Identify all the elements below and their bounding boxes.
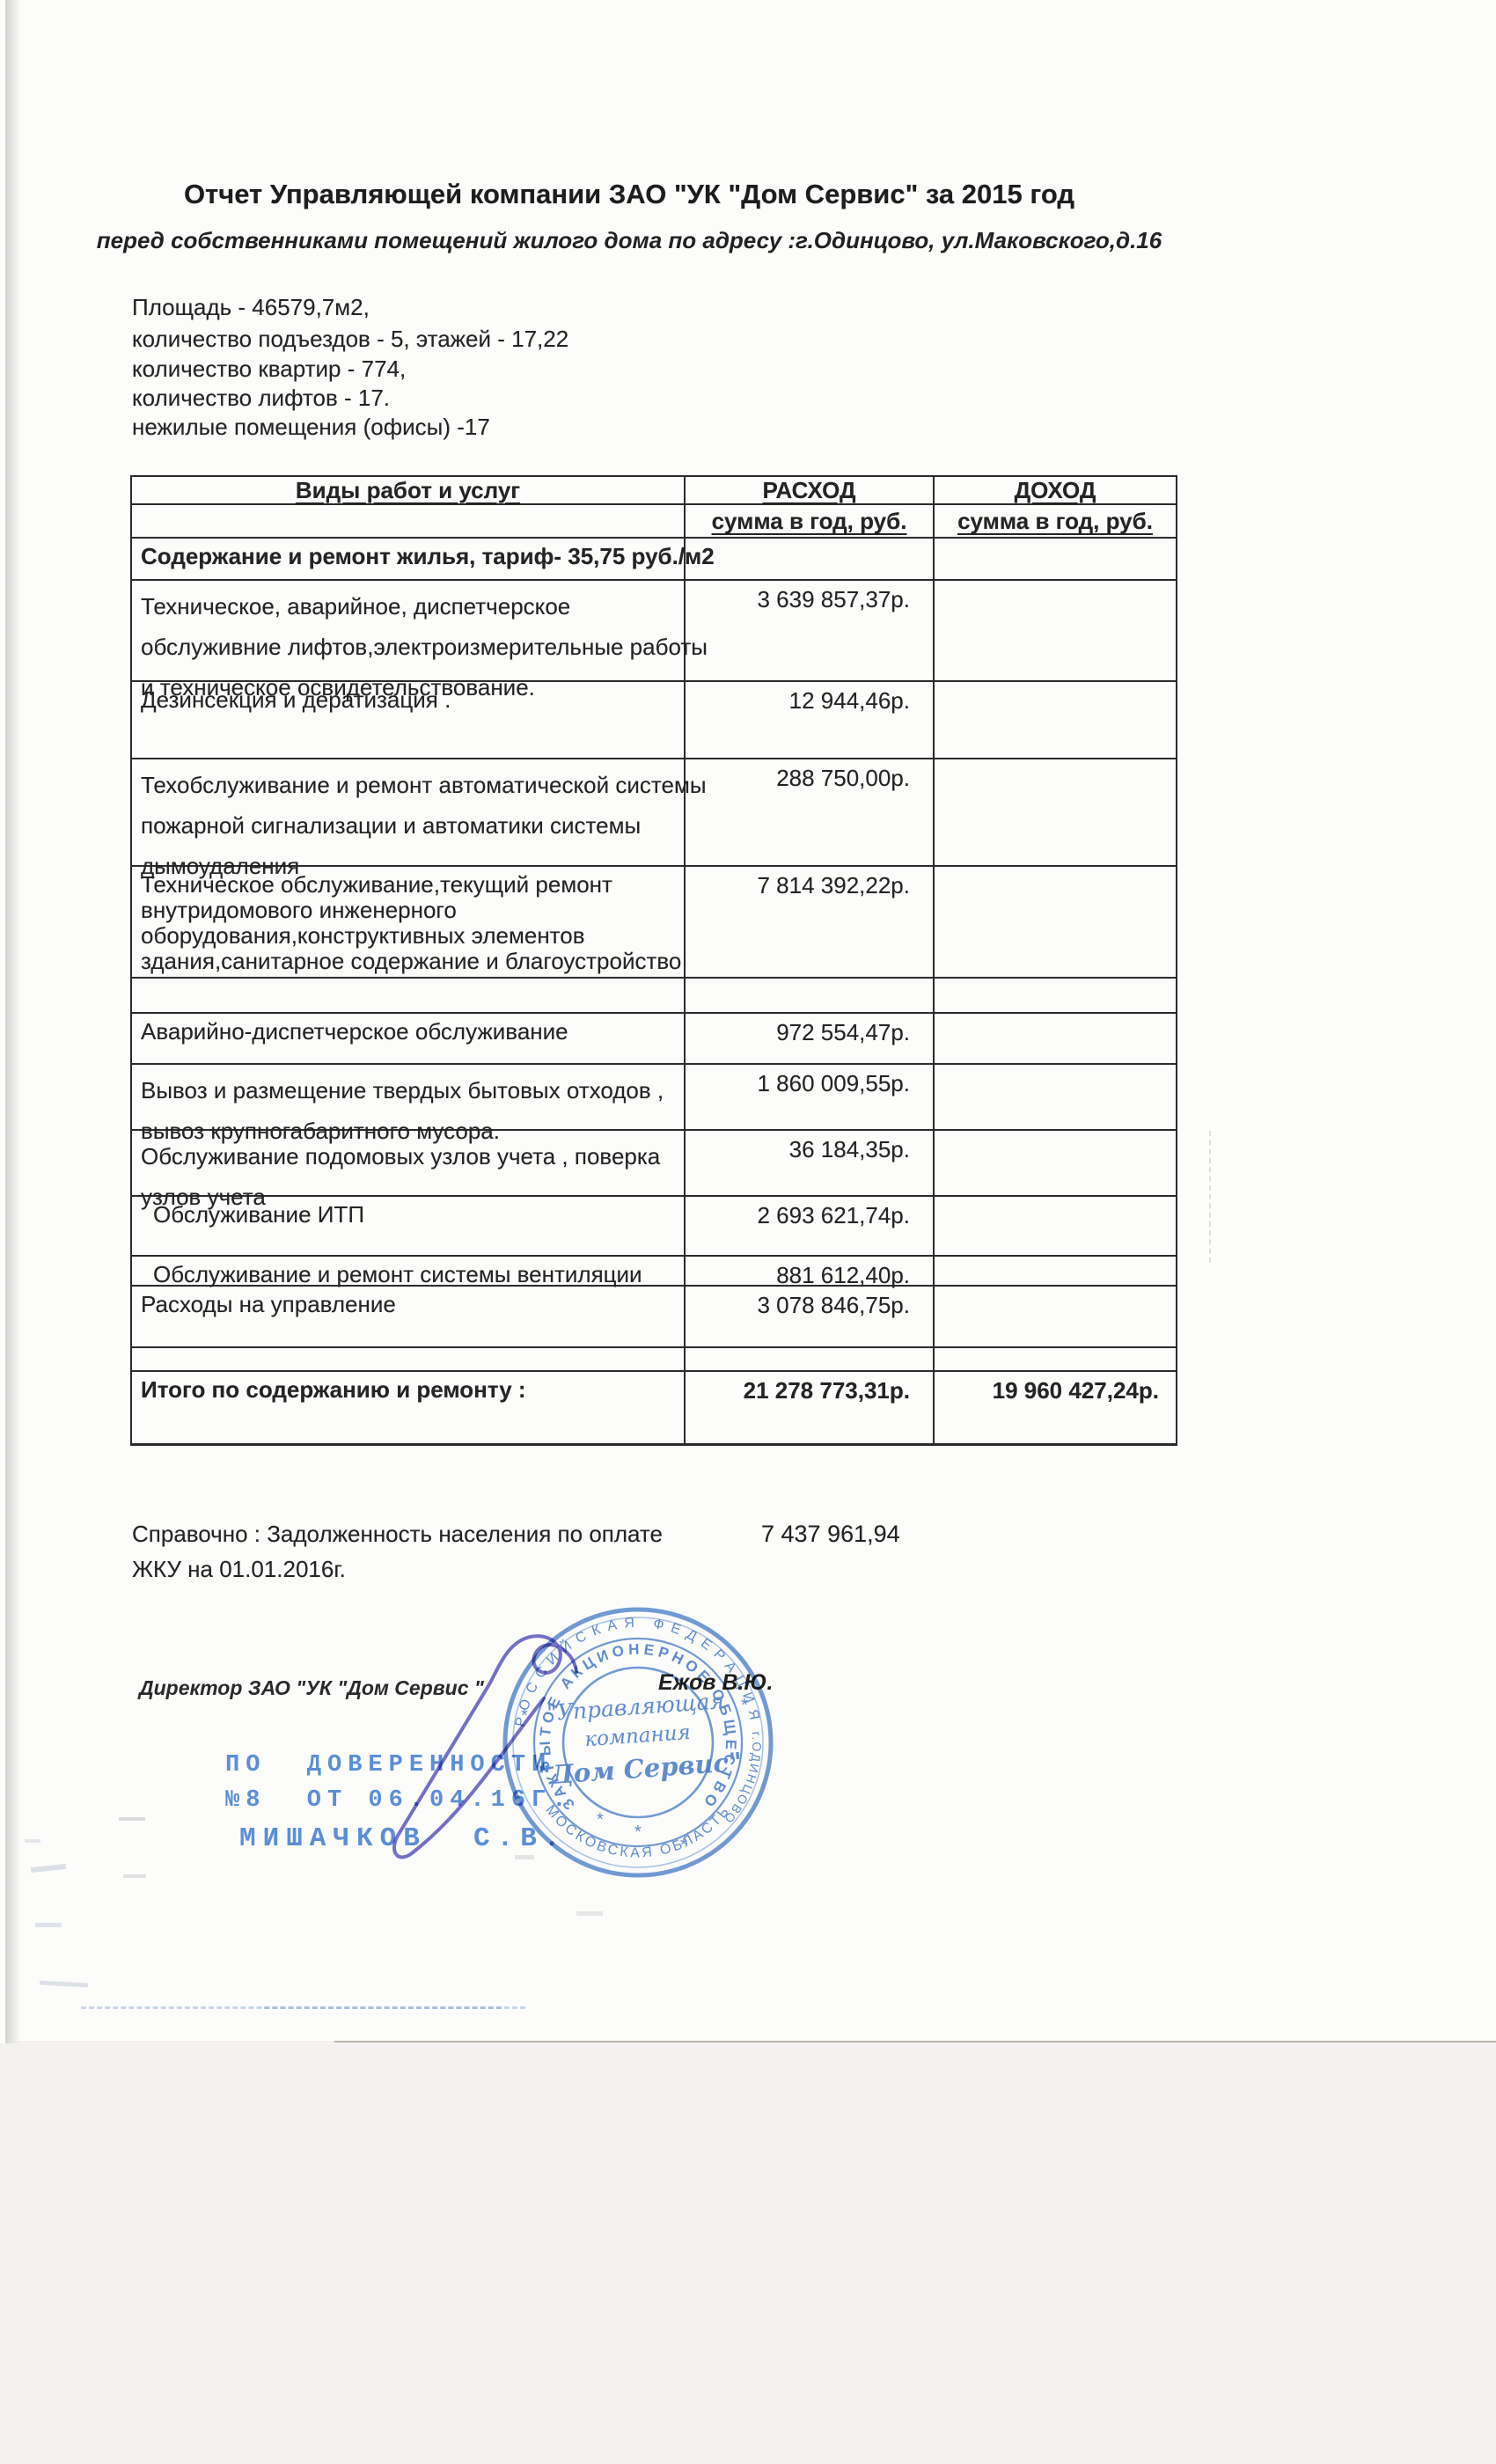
scan-artifact (25, 1839, 40, 1843)
signature-stroke (370, 1610, 598, 1874)
scan-artifact (81, 2006, 525, 2009)
page-left-edge-shadow (5, 0, 19, 2043)
cell-income (935, 979, 1176, 1012)
cell-expense: 972 554,47р. (686, 1014, 935, 1063)
cell-works: Вывоз и размещение твердых бытовых отход… (132, 1065, 686, 1129)
table-row: Обслуживание и ремонт системы вентиляции… (132, 1257, 1176, 1287)
cell-expense (686, 539, 935, 579)
page-bottom-edge-dark (334, 2041, 1496, 2042)
building-info-line: количество подъездов - 5, этажей - 17,22 (132, 326, 924, 353)
cell-works: Техническое, аварийное, диспетчерскоеобс… (132, 581, 686, 680)
table-row: Вывоз и размещение твердых бытовых отход… (132, 1065, 1176, 1131)
header-income: ДОХОД (935, 477, 1176, 503)
subheader-works (132, 505, 686, 537)
scan-artifact (119, 1817, 145, 1821)
cell-income (935, 1065, 1176, 1129)
stamp-star-icon: * (634, 1822, 642, 1842)
report-table: Виды работ и услуг РАСХОД ДОХОД сумма в … (130, 475, 1177, 1446)
cell-income (935, 682, 1176, 758)
cell-works: Содержание и ремонт жилья, тариф- 35,75 … (132, 539, 686, 579)
cell-expense: 12 944,46р. (686, 682, 935, 758)
cell-expense: 3 639 857,37р. (686, 581, 935, 680)
cell-income (935, 1257, 1176, 1285)
table-row: Содержание и ремонт жилья, тариф- 35,75 … (132, 539, 1176, 581)
cell-expense (686, 1348, 935, 1370)
scan-artifact (35, 1923, 62, 1927)
cell-income (935, 539, 1176, 579)
cell-works: Обслуживание подомовых узлов учета , пов… (132, 1131, 686, 1195)
cell-works (132, 1348, 686, 1370)
subheader-income: сумма в год, руб. (935, 505, 1176, 537)
building-info-line: нежилые помещения (офисы) -17 (132, 414, 924, 441)
table-row: Аварийно-диспетчерское обслуживание972 5… (132, 1014, 1176, 1065)
table-row: Техническое обслуживание,текущий ремонтв… (132, 867, 1176, 979)
table-row: Техническое, аварийное, диспетчерскоеобс… (132, 581, 1176, 682)
table-row: Обслуживание ИТП2 693 621,74р. (132, 1197, 1176, 1257)
cell-works: Дезинсекция и дератизация . (132, 682, 686, 758)
cell-expense: 7 814 392,22р. (686, 867, 935, 977)
table-row (132, 1348, 1176, 1372)
cell-income (935, 1287, 1176, 1346)
cell-works: Техобслуживание и ремонт автоматической … (132, 759, 686, 865)
scanner-background (0, 2043, 1496, 2464)
scanned-document: { "document": { "title": "Отчет Управляю… (0, 0, 1496, 2464)
cell-income (935, 1014, 1176, 1063)
table-row (132, 979, 1176, 1014)
cell-works: Техническое обслуживание,текущий ремонтв… (132, 867, 686, 977)
cell-expense: 881 612,40р. (686, 1257, 935, 1285)
table-row: Дезинсекция и дератизация .12 944,46р. (132, 682, 1176, 759)
scan-artifact (123, 1874, 146, 1878)
table-row: Обслуживание подомовых узлов учета , пов… (132, 1131, 1176, 1197)
cell-expense: 288 750,00р. (686, 759, 935, 865)
scan-artifact (1209, 1131, 1211, 1263)
cell-expense: 2 693 621,74р. (686, 1197, 935, 1255)
cell-expense: 36 184,35р. (686, 1131, 935, 1195)
director-name: Ежов В.Ю. (658, 1670, 773, 1696)
table-body: Содержание и ремонт жилья, тариф- 35,75 … (132, 539, 1176, 1443)
cell-expense (686, 979, 935, 1012)
building-info-line: количество квартир - 774, (132, 356, 924, 383)
cell-income (935, 759, 1176, 865)
report-subtitle: перед собственниками помещений жилого до… (84, 227, 1175, 254)
cell-income (935, 867, 1176, 977)
table-total-row: Итого по содержанию и ремонту :21 278 77… (132, 1372, 1176, 1443)
header-works: Виды работ и услуг (132, 477, 686, 503)
cell-income (935, 1131, 1176, 1195)
cell-income (935, 1197, 1176, 1255)
cell-income (935, 1348, 1176, 1370)
cell-works (132, 979, 686, 1012)
report-title: Отчет Управляющей компании ЗАО "УК "Дом … (84, 179, 1175, 210)
scan-artifact (31, 1864, 66, 1873)
cell-income (935, 581, 1176, 680)
table-header-row: Виды работ и услуг РАСХОД ДОХОД (132, 477, 1176, 505)
cell-works: Обслуживание ИТП (132, 1197, 686, 1255)
cell-works: Обслуживание и ремонт системы вентиляции (132, 1257, 686, 1285)
cell-income: 19 960 427,24р. (935, 1372, 1176, 1443)
scan-artifact (40, 1981, 88, 1988)
scan-artifact (264, 2006, 502, 2009)
table-row: Расходы на управление3 078 846,75р. (132, 1287, 1176, 1348)
cell-expense: 3 078 846,75р. (686, 1287, 935, 1346)
cell-expense: 21 278 773,31р. (686, 1372, 935, 1443)
stamp-star-icon: * (741, 1696, 748, 1715)
stamp-star-icon: * (680, 1836, 687, 1855)
building-info-line: количество лифтов - 17. (132, 385, 924, 412)
table-subheader-row: сумма в год, руб. сумма в год, руб. (132, 505, 1176, 539)
cell-works: Итого по содержанию и ремонту : (132, 1372, 686, 1443)
subheader-expense: сумма в год, руб. (686, 505, 935, 537)
cell-works: Расходы на управление (132, 1287, 686, 1346)
cell-expense: 1 860 009,55р. (686, 1065, 935, 1129)
svg-text:компания: компания (584, 1721, 692, 1751)
building-info-line: Площадь - 46579,7м2, (132, 294, 924, 321)
header-expense: РАСХОД (686, 477, 935, 503)
table-row: Техобслуживание и ремонт автоматической … (132, 759, 1176, 867)
cell-works: Аварийно-диспетчерское обслуживание (132, 1014, 686, 1063)
